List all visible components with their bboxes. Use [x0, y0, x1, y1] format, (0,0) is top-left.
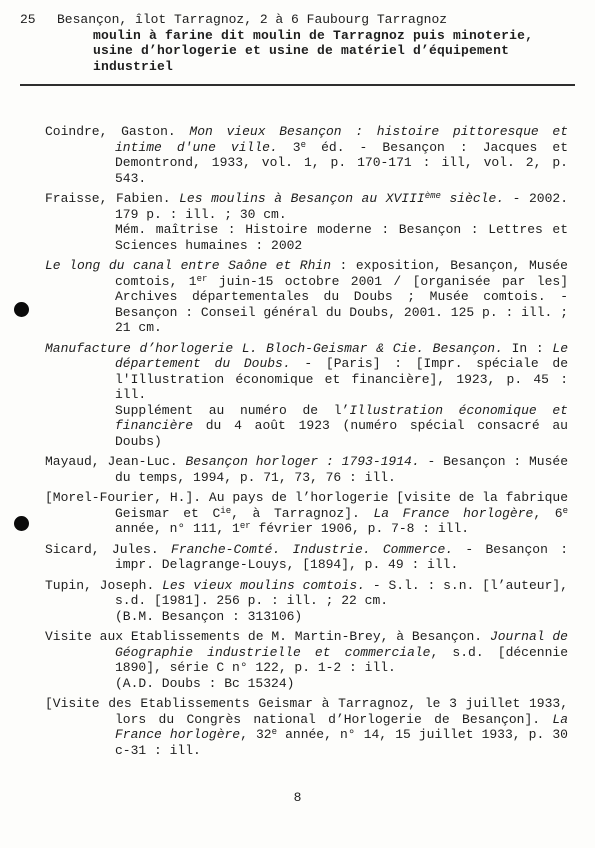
- bibliography-entry: Visite aux Etablissements de M. Martin-B…: [45, 629, 568, 691]
- entry-citation: Visite aux Etablissements de M. Martin-B…: [45, 629, 568, 676]
- entry-citation: Tupin, Joseph. Les vieux moulins comtois…: [45, 578, 568, 609]
- bibliography-entry: Fraisse, Fabien. Les moulins à Besançon …: [45, 191, 568, 253]
- site-location: Besançon, îlot Tarragnoz, 2 à 6 Faubourg…: [57, 12, 447, 28]
- entry-citation: Coindre, Gaston. Mon vieux Besançon : hi…: [45, 124, 568, 186]
- entry-citation: [Visite des Etablissements Geismar à Tar…: [45, 696, 568, 758]
- bibliography-entries: Coindre, Gaston. Mon vieux Besançon : hi…: [0, 86, 595, 758]
- bibliography-entry: Mayaud, Jean-Luc. Besançon horloger : 17…: [45, 454, 568, 485]
- entry-citation: Le long du canal entre Saône et Rhin : e…: [45, 258, 568, 336]
- bibliography-entry: [Morel-Fourier, H.]. Au pays de l’horlog…: [45, 490, 568, 537]
- entry-note: Mém. maîtrise : Histoire moderne : Besan…: [115, 222, 568, 253]
- punch-hole-icon: [14, 516, 29, 531]
- page-number: 8: [0, 790, 595, 806]
- page-header: 25 Besançon, îlot Tarragnoz, 2 à 6 Faubo…: [0, 0, 595, 74]
- punch-hole-icon: [14, 302, 29, 317]
- entry-citation: [Morel-Fourier, H.]. Au pays de l’horlog…: [45, 490, 568, 537]
- scanned-document-page: 25 Besançon, îlot Tarragnoz, 2 à 6 Faubo…: [0, 0, 595, 848]
- entry-citation: Mayaud, Jean-Luc. Besançon horloger : 17…: [45, 454, 568, 485]
- bibliography-entry: Coindre, Gaston. Mon vieux Besançon : hi…: [45, 124, 568, 186]
- bibliography-entry: Tupin, Joseph. Les vieux moulins comtois…: [45, 578, 568, 625]
- entry-note: (B.M. Besançon : 313106): [115, 609, 568, 625]
- header-location-row: 25 Besançon, îlot Tarragnoz, 2 à 6 Faubo…: [20, 12, 575, 28]
- entry-note: Supplément au numéro de l’Illustration é…: [115, 403, 568, 450]
- bibliography-entry: Sicard, Jules. Franche-Comté. Industrie.…: [45, 542, 568, 573]
- catalog-entry-number: 25: [20, 12, 57, 28]
- entry-citation: Sicard, Jules. Franche-Comté. Industrie.…: [45, 542, 568, 573]
- bibliography-entry: [Visite des Etablissements Geismar à Tar…: [45, 696, 568, 758]
- bibliography-entry: Le long du canal entre Saône et Rhin : e…: [45, 258, 568, 336]
- bibliography-entry: Manufacture d’horlogerie L. Bloch-Geisma…: [45, 341, 568, 450]
- site-designation: moulin à farine dit moulin de Tarragnoz …: [93, 28, 581, 75]
- entry-citation: Manufacture d’horlogerie L. Bloch-Geisma…: [45, 341, 568, 403]
- entry-note: (A.D. Doubs : Bc 15324): [115, 676, 568, 692]
- entry-citation: Fraisse, Fabien. Les moulins à Besançon …: [45, 191, 568, 222]
